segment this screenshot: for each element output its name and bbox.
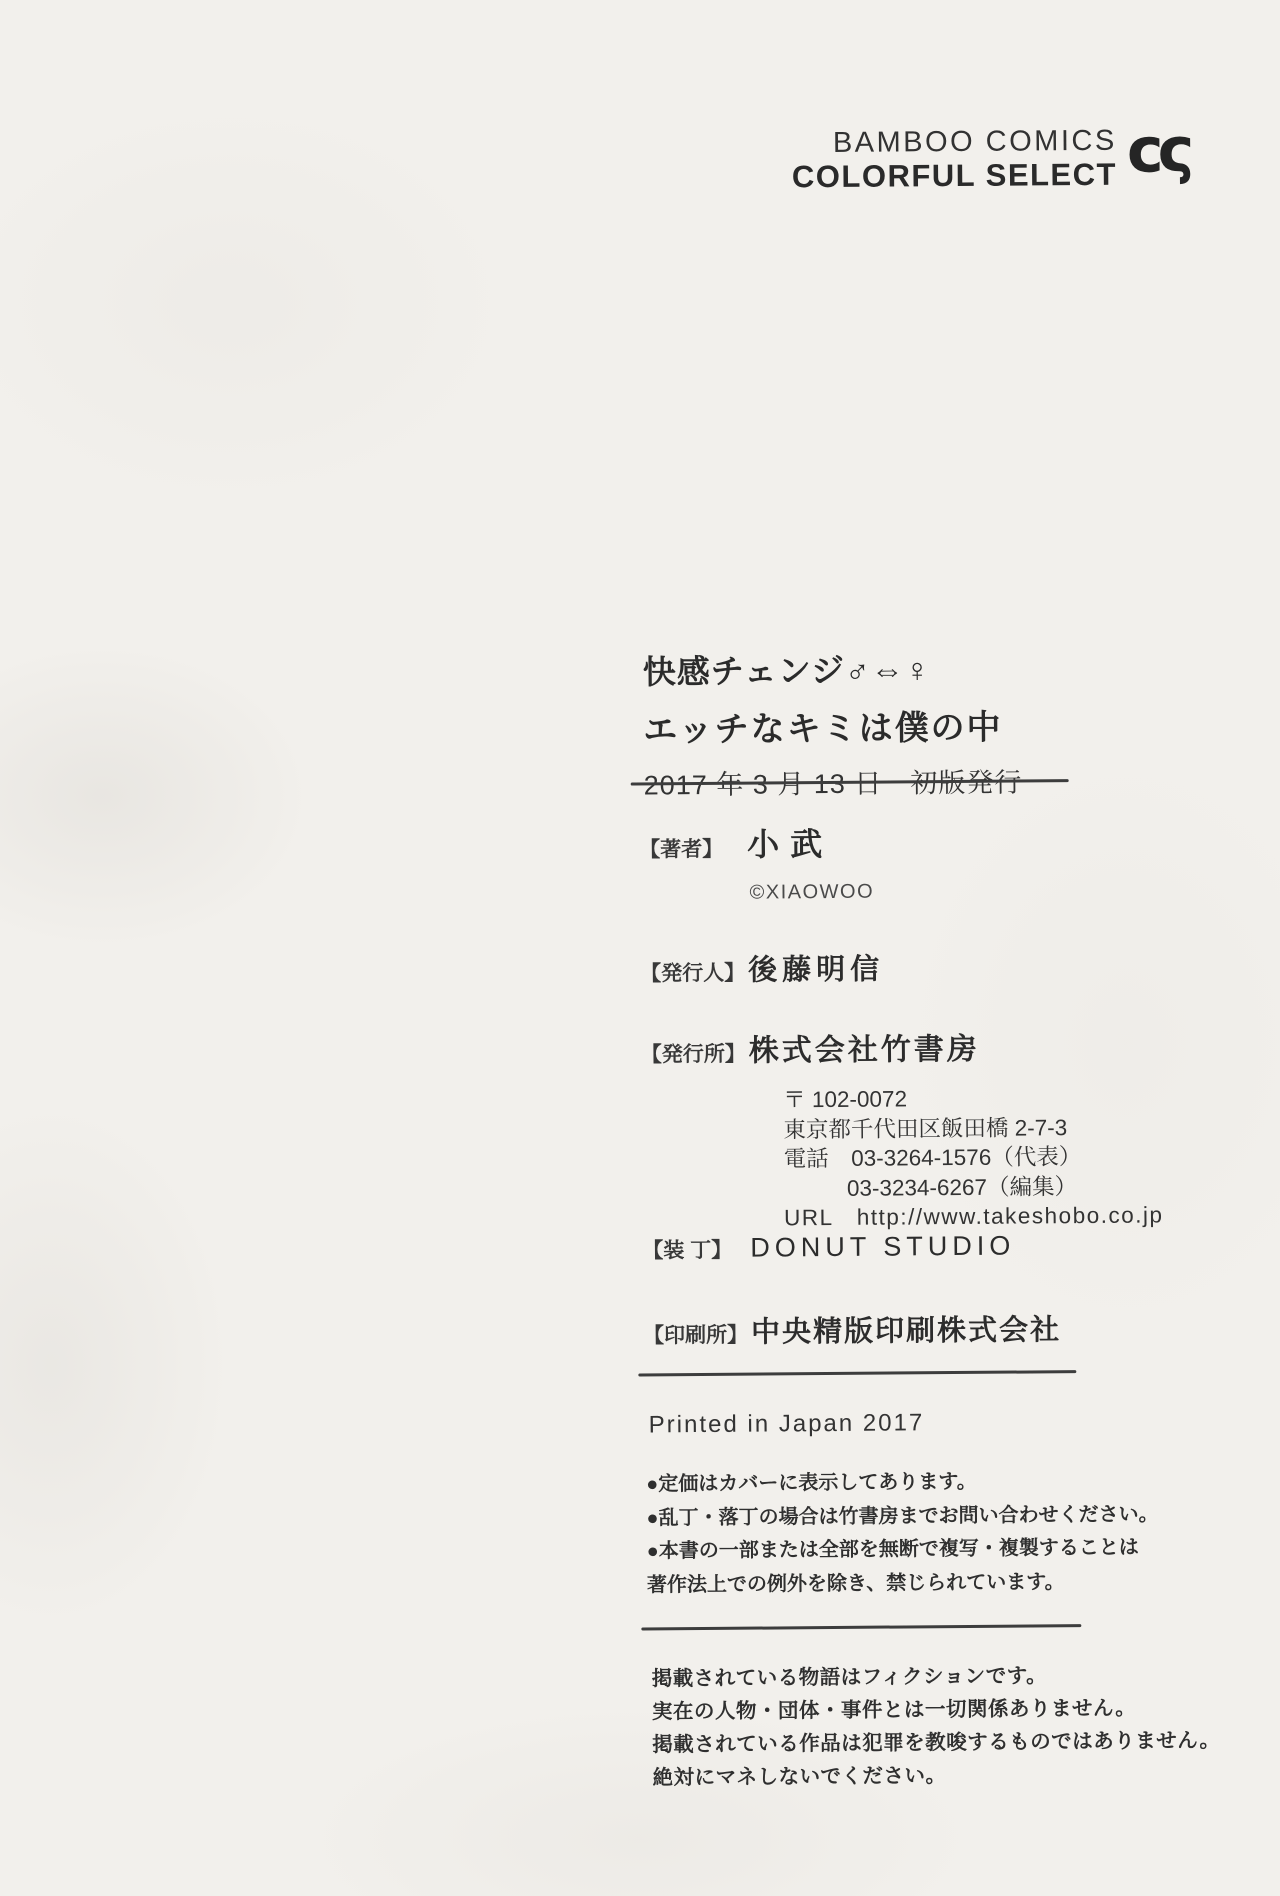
author-name: 小武 — [747, 819, 833, 866]
scan-tilt-wrapper: BAMBOO COMICS COLORFUL SELECT cς 快感チェンジ♂… — [0, 0, 1280, 1896]
publisher-person-row: 【発行人】 後藤明信 — [640, 947, 884, 990]
publisher-company-name: 株式会社竹書房 — [749, 1024, 980, 1070]
disclaimer-no-crime: 掲載されている作品は犯罪を教唆するものではありません。 — [652, 1724, 1220, 1761]
design-row: 【装 丁】 DONUT STUDIO — [642, 1231, 1015, 1265]
disclaimer-fiction: 掲載されている物語はフィクションです。 — [652, 1658, 1220, 1695]
publisher-logo-line2: COLORFUL SELECT — [792, 159, 1117, 193]
publisher-logo: BAMBOO COMICS COLORFUL SELECT cς — [792, 126, 1189, 192]
publisher-address-block: 〒 102-0072 東京都千代田区飯田橋 2-7-3 電話 03-3264-1… — [783, 1082, 1163, 1232]
printed-in-japan-line: Printed in Japan 2017 — [649, 1409, 925, 1439]
cs-monogram-icon: cς — [1127, 122, 1189, 178]
phone-main: 電話 03-3264-1576（代表） — [784, 1141, 1164, 1173]
publisher-company-row: 【発行所】 株式会社竹書房 — [641, 1024, 980, 1071]
printer-name: 中央精版印刷株式会社 — [751, 1307, 1061, 1350]
disclaimer-no-relation: 実在の人物・団体・事件とは一切関係ありません。 — [652, 1691, 1220, 1728]
divider-middle — [638, 1370, 1076, 1376]
design-label: 【装 丁】 — [642, 1234, 750, 1265]
notice-copy-prohibited-1: ●本書の一部または全部を無断で複写・複製することは — [647, 1531, 1159, 1569]
publisher-url: URL http://www.takeshobo.co.jp — [784, 1200, 1164, 1232]
notice-copy-prohibited-2: 著作法上での例外を除き、禁じられています。 — [647, 1565, 1159, 1603]
publisher-logo-text: BAMBOO COMICS COLORFUL SELECT — [792, 127, 1118, 193]
disclaimer-block: 掲載されている物語はフィクションです。 実在の人物・団体・事件とは一切関係ありま… — [652, 1658, 1221, 1794]
notice-price: ●定価はカバーに表示してあります。 — [646, 1464, 1158, 1502]
publisher-logo-line1: BAMBOO COMICS — [792, 127, 1117, 159]
publisher-person-name: 後藤明信 — [748, 947, 884, 989]
title-block: 快感チェンジ♂⇔♀ エッチなキミは僕の中 2017 年 3 月 13 日 初版発… — [643, 643, 1023, 802]
notice-defective-copies: ●乱丁・落丁の場合は竹書房までお問い合わせください。 — [646, 1498, 1158, 1536]
design-studio-name: DONUT STUDIO — [750, 1231, 1015, 1264]
divider-bottom — [641, 1624, 1081, 1630]
street-address: 東京都千代田区飯田橋 2-7-3 — [783, 1112, 1163, 1144]
colophon-page: BAMBOO COMICS COLORFUL SELECT cς 快感チェンジ♂… — [0, 0, 1280, 1896]
postal-code: 〒 102-0072 — [783, 1082, 1163, 1114]
author-row: 【著者】 小武 — [639, 819, 833, 867]
author-label: 【著者】 — [639, 833, 747, 864]
book-title-line1: 快感チェンジ♂⇔♀ — [643, 643, 1022, 693]
printer-row: 【印刷所】 中央精版印刷株式会社 — [643, 1307, 1061, 1351]
publisher-company-label: 【発行所】 — [641, 1038, 749, 1069]
copyright-line: ©XIAOWOO — [749, 881, 874, 905]
book-title-line2: エッチなキミは僕の中 — [643, 699, 1022, 751]
disclaimer-do-not-imitate: 絶対にマネしないでください。 — [652, 1757, 1220, 1794]
publisher-person-label: 【発行人】 — [640, 957, 748, 988]
notices-block: ●定価はカバーに表示してあります。 ●乱丁・落丁の場合は竹書房までお問い合わせく… — [646, 1464, 1159, 1602]
phone-editorial: 03-3234-6267（編集） — [784, 1171, 1164, 1203]
printer-label: 【印刷所】 — [643, 1319, 751, 1350]
